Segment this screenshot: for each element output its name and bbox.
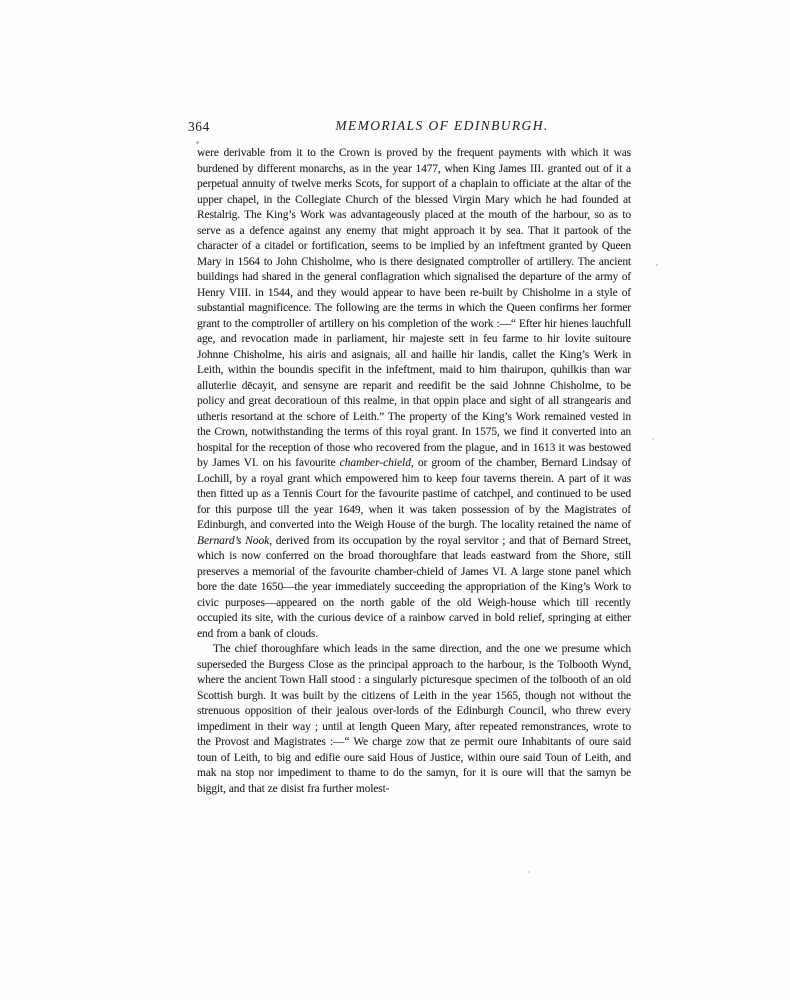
paragraph: The chief thoroughfare which leads in th…	[197, 642, 631, 797]
book-page: 364 MEMORIALS OF EDINBURGH. were derivab…	[0, 0, 790, 1000]
italic-text-segment: Bernard’s Nook	[197, 535, 269, 547]
text-segment: were derivable from it to the Crown is p…	[197, 147, 631, 469]
scan-speck	[196, 141, 199, 144]
scan-speck	[652, 438, 654, 440]
text-segment: The chief thoroughfare which leads in th…	[197, 643, 631, 795]
paragraph: were derivable from it to the Crown is p…	[197, 146, 631, 642]
page-number: 364	[188, 119, 210, 135]
italic-text-segment: chamber-chield	[340, 457, 411, 469]
running-title: MEMORIALS OF EDINBURGH.	[225, 118, 659, 134]
text-segment: , derived from its occupation by the roy…	[197, 535, 631, 640]
scan-speck	[528, 871, 530, 873]
scan-speck	[656, 264, 658, 266]
text-block: were derivable from it to the Crown is p…	[197, 146, 631, 797]
